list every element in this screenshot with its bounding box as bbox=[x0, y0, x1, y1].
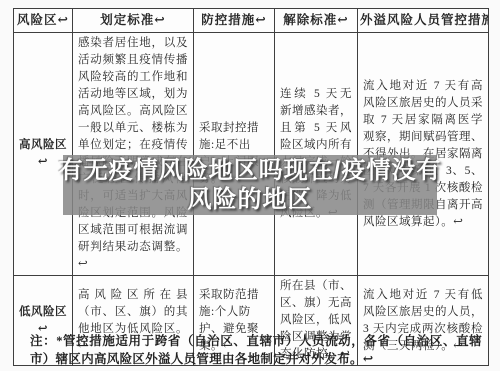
header-release-criteria: 解除标准↩ bbox=[275, 9, 358, 33]
header-control-measures: 防控措施↩ bbox=[194, 9, 275, 33]
cell-high-risk-criteria: 感染者居住地，以及活动频繁且疫情传播风险较高的工作地和活动地等区域，划为高风险区… bbox=[73, 33, 194, 276]
watermark-caption: 有无疫情风险地区吗现在/疫情没有 风险的地区 bbox=[63, 155, 437, 215]
header-risk-zone: 风险区↩ bbox=[14, 9, 73, 33]
watermark-caption-line1: 有无疫情风险地区吗现在/疫情没有 bbox=[59, 156, 442, 185]
header-row: 风险区↩ 划定标准↩ 防控措施↩ 解除标准↩ 外溢风险人员管控措施*↩ bbox=[14, 9, 489, 33]
footnote: 注：*管控措施适用于跨省（自治区、直辖市）人员流动，各省（自治区、直辖市）辖区内… bbox=[30, 333, 482, 368]
watermark-caption-line2: 风险的地区 bbox=[188, 185, 313, 214]
cell-high-risk-zone-label: 高风险区↩ bbox=[14, 33, 73, 276]
cell-high-risk-spillover: 流入地对近 7 天有高风险区旅居史的人员采取 7 天居家隔离医学观察，期间赋码管… bbox=[358, 33, 489, 276]
header-spillover-measures: 外溢风险人员管控措施*↩ bbox=[358, 9, 489, 33]
page: 风险区↩ 划定标准↩ 防控措施↩ 解除标准↩ 外溢风险人员管控措施*↩ 高风险区… bbox=[0, 0, 500, 371]
cell-high-risk-release: 连续 5 天无新增感染者，且第 5 天风险区域内所有人员完成一轮核酸筛查均为阴性… bbox=[275, 33, 358, 276]
cell-high-risk-measures: 采取封控措施:足不出户、上门服务。↩ bbox=[194, 33, 275, 276]
table-row-high-risk: 高风险区↩ 感染者居住地，以及活动频繁且疫情传播风险较高的工作地和活动地等区域，… bbox=[14, 33, 489, 276]
header-designation-criteria: 划定标准↩ bbox=[73, 9, 194, 33]
